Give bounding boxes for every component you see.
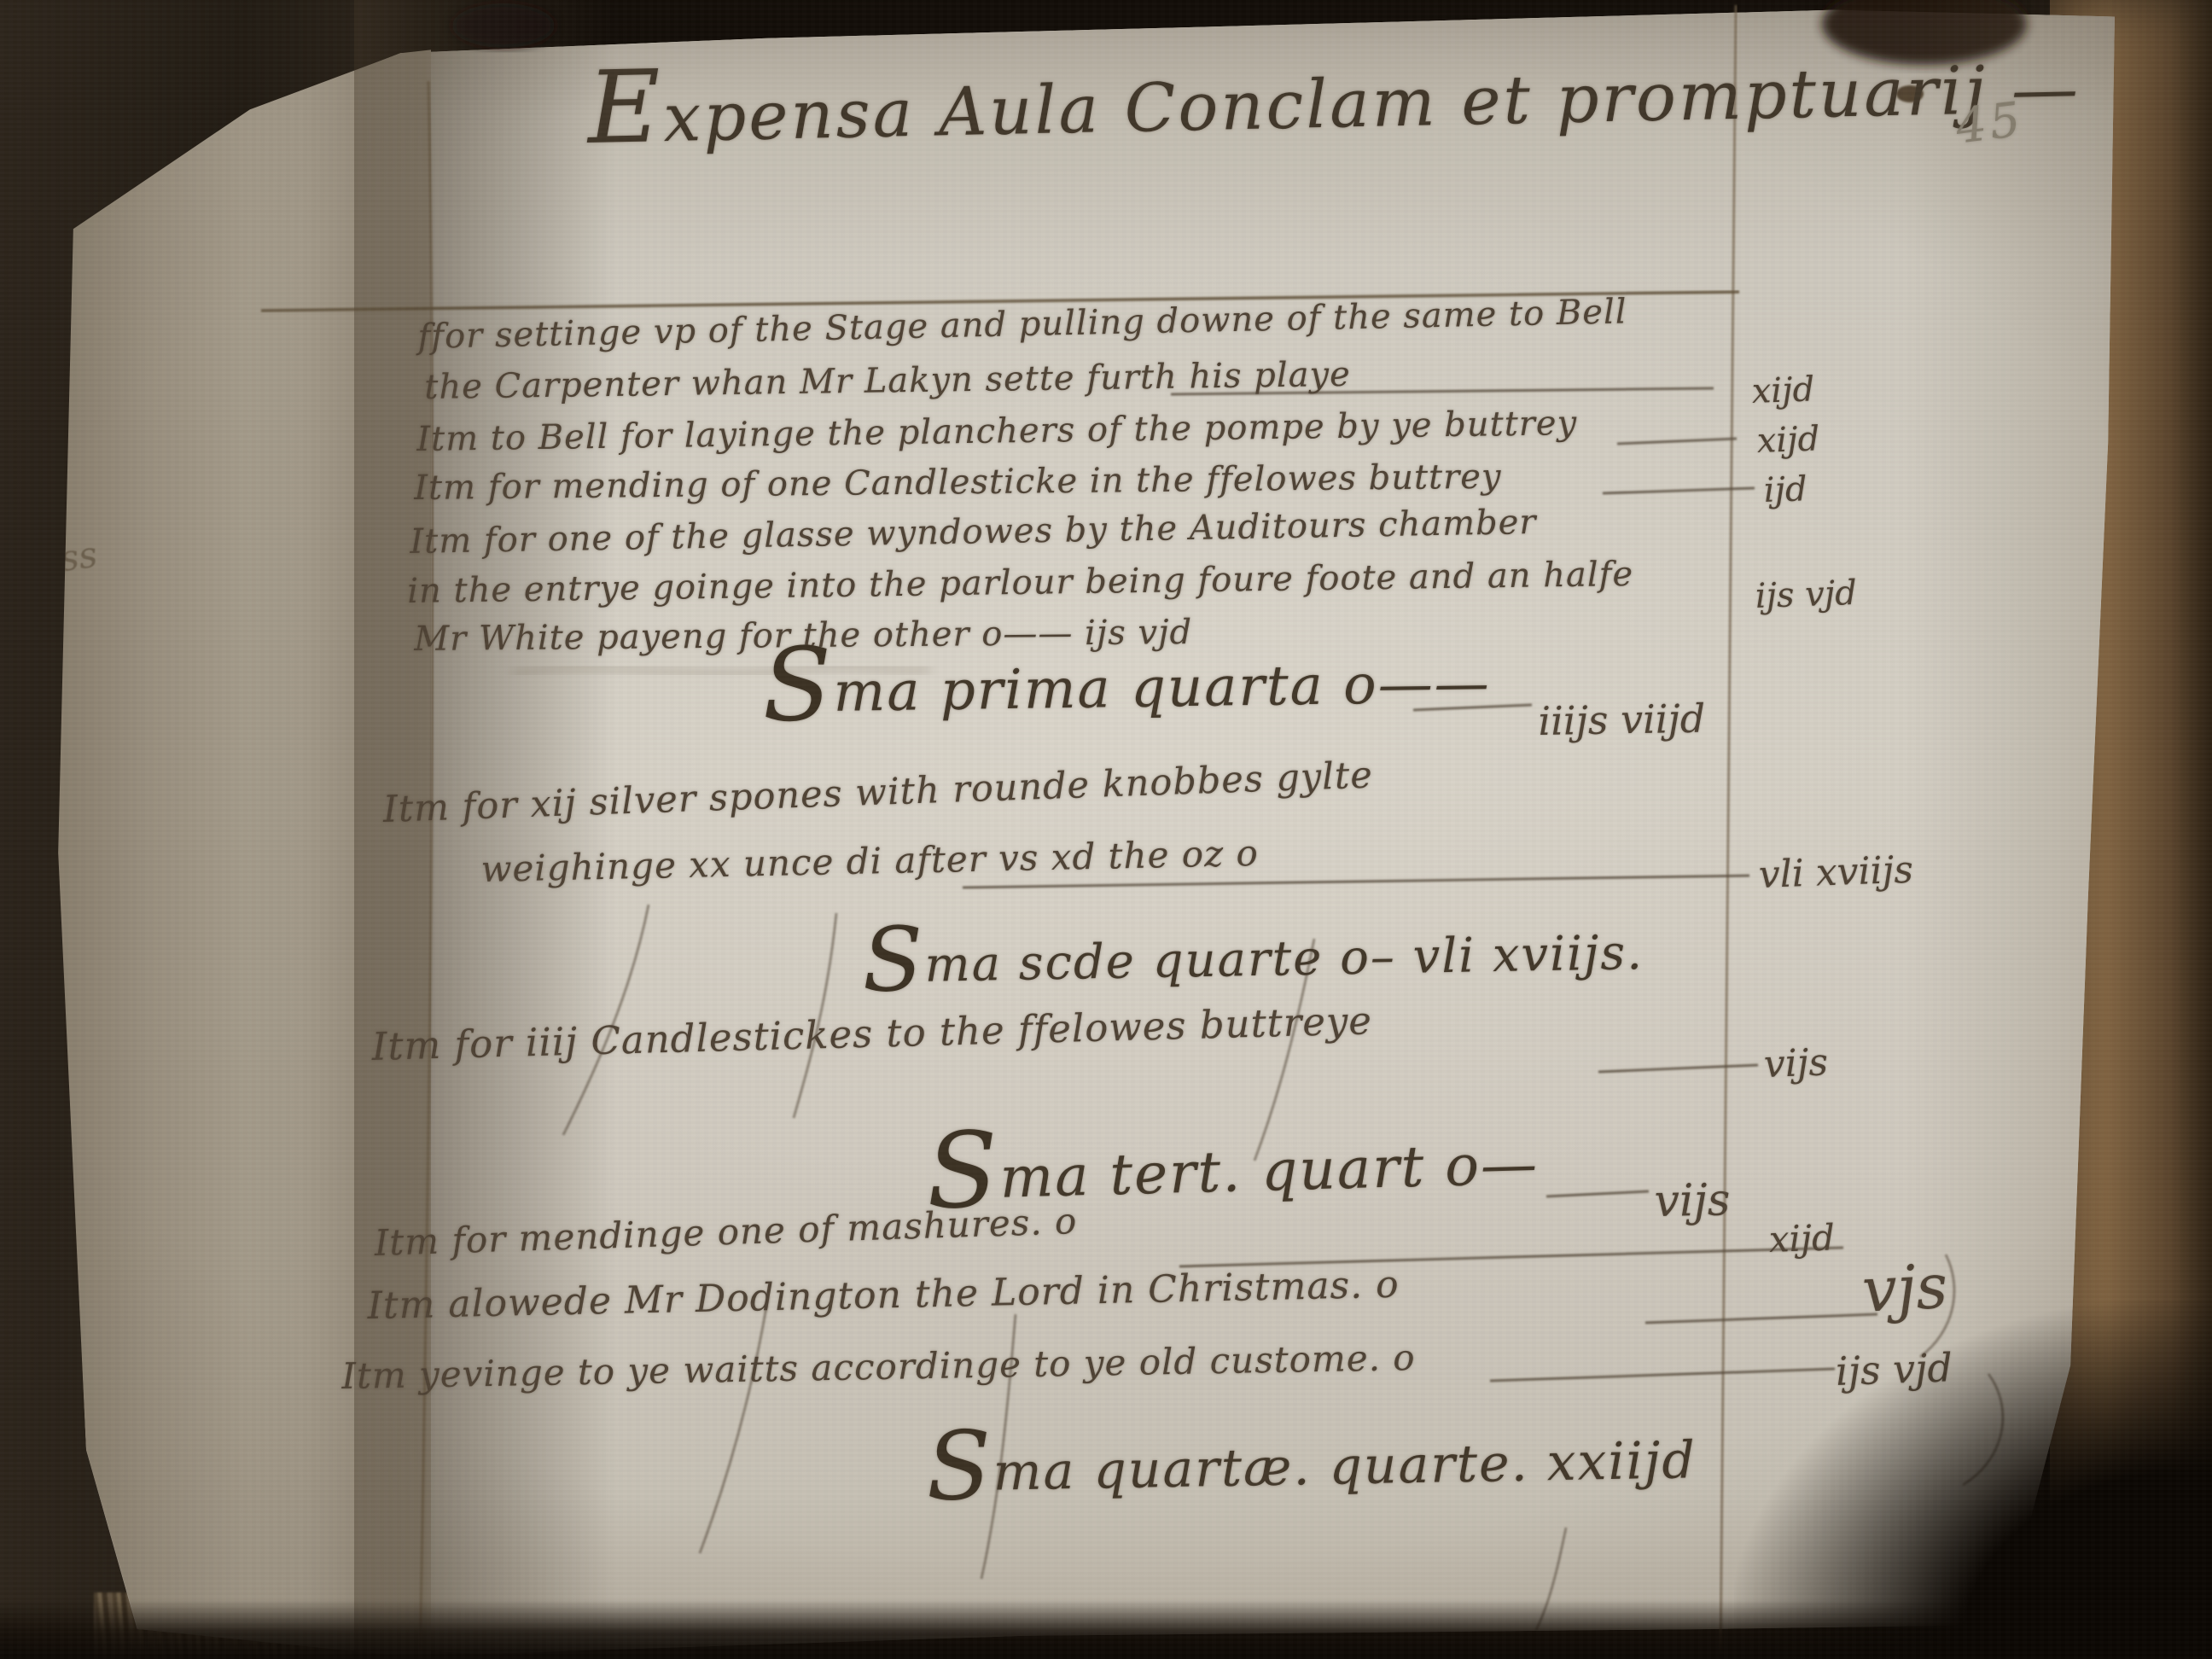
quarter-sum-line: Sma prima quarta o—— [762,652,1491,725]
amount-value: iiijs viijd [1538,696,1706,744]
photo-corner-shadow [1734,1301,2212,1659]
amount-value: vijs [1763,1040,1829,1086]
amount-value: vli xviijs [1758,848,1914,897]
amount-value: vijs [1654,1174,1731,1227]
folio-number: 45 [1953,91,2027,154]
manuscript-photo: { "photo": { "description": "Photograph … [0,0,2212,1659]
shadow-blob [452,3,555,48]
amount-value: ijd [1763,469,1807,510]
amount-value: xijd [1768,1216,1836,1260]
amount-value: xijd [1751,370,1815,411]
amount-value: xijd [1756,419,1820,461]
photo-stage: llos ross fsol a looss [0,0,2212,1659]
amount-value: ijs vjd [1755,573,1858,616]
